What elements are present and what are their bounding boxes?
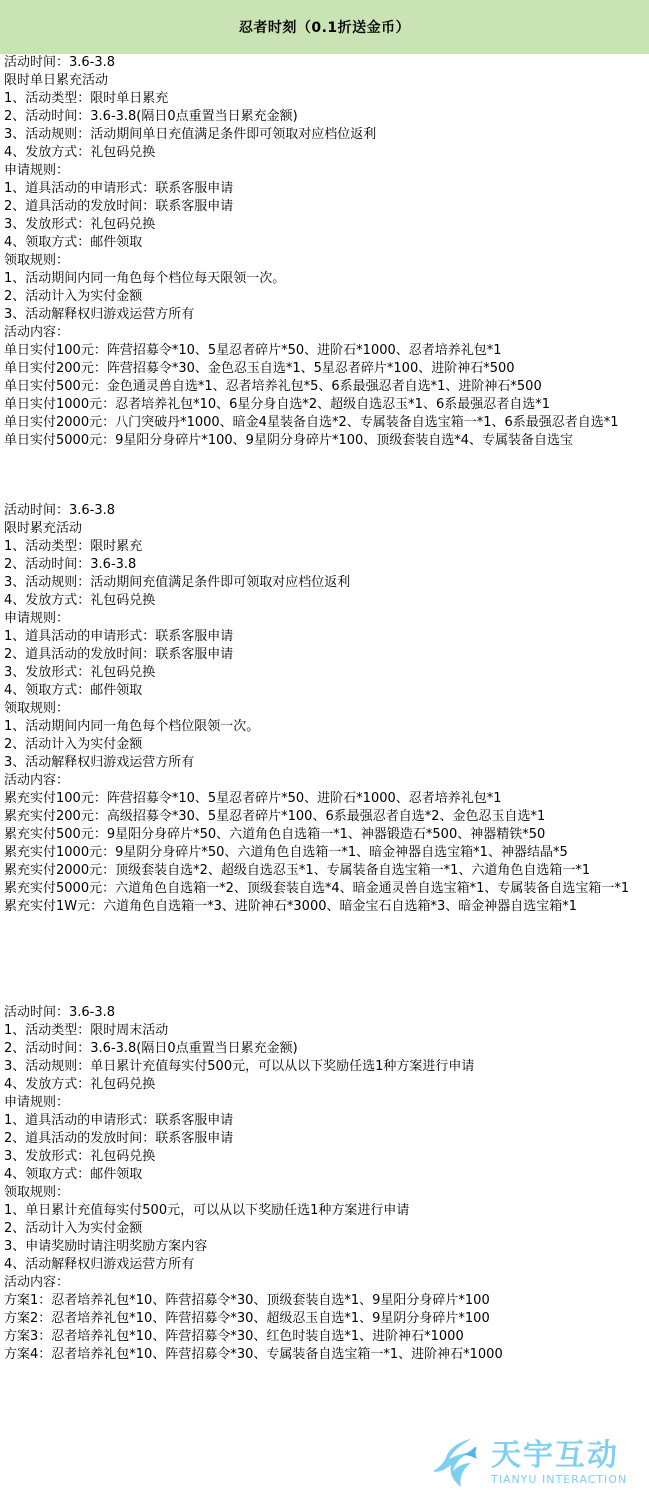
reward-tier: 累充实付5000元：六道角色自选箱一*2、顶级套装自选*4、暗金通灵兽自选宝箱*…	[4, 880, 645, 898]
activity-rule: 3、活动规则：活动期间单日充值满足条件即可领取对应档位返利	[4, 126, 645, 144]
activity-period: 2、活动时间：3.6-3.8(隔日0点重置当日累充金额)	[4, 1040, 645, 1058]
wing-logo-icon	[431, 1437, 489, 1489]
reward-tier: 累充实付2000元：顶级套装自选*2、超级自选忍玉*1、专属装备自选宝箱一*1、…	[4, 862, 645, 880]
section-spacer	[4, 450, 645, 502]
claim-rules-heading: 领取规则：	[4, 700, 645, 718]
reward-tier: 单日实付1000元：忍者培养礼包*10、6星分身自选*2、超级自选忍玉*1、6系…	[4, 396, 645, 414]
section-weekend-activity: 活动时间：3.6-3.8 1、活动类型：限时周末活动 2、活动时间：3.6-3.…	[4, 1004, 645, 1364]
activity-period: 2、活动时间：3.6-3.8	[4, 556, 645, 574]
brand-name-en: TIANYU INTERACTION	[491, 1473, 627, 1487]
section-spacer	[4, 916, 645, 1004]
claim-rule-item: 2、活动计入为实付金额	[4, 288, 645, 306]
reward-tier: 单日实付5000元：9星阳分身碎片*100、9星阴分身碎片*100、顶级套装自选…	[4, 432, 645, 450]
activity-time: 活动时间：3.6-3.8	[4, 1004, 645, 1022]
activity-type: 1、活动类型：限时单日累充	[4, 90, 645, 108]
activity-time: 活动时间：3.6-3.8	[4, 54, 645, 72]
apply-rule-item: 4、领取方式：邮件领取	[4, 234, 645, 252]
claim-rule-item: 3、申请奖励时请注明奖励方案内容	[4, 1238, 645, 1256]
activity-type: 1、活动类型：限时累充	[4, 538, 645, 556]
claim-rule-item: 3、活动解释权归游戏运营方所有	[4, 754, 645, 772]
apply-rules-heading: 申请规则：	[4, 610, 645, 628]
page-title: 忍者时刻（0.1折送金币）	[239, 17, 410, 37]
apply-rule-item: 3、发放形式：礼包码兑换	[4, 664, 645, 682]
apply-rules-heading: 申请规则：	[4, 162, 645, 180]
apply-rule-item: 3、发放形式：礼包码兑换	[4, 216, 645, 234]
activity-type: 1、活动类型：限时周末活动	[4, 1022, 645, 1040]
claim-rule-item: 1、活动期间内同一角色每个档位限领一次。	[4, 718, 645, 736]
apply-rule-item: 2、道具活动的发放时间：联系客服申请	[4, 1130, 645, 1148]
distribution-method: 4、发放方式：礼包码兑换	[4, 144, 645, 162]
document-body: 活动时间：3.6-3.8 限时单日累充活动 1、活动类型：限时单日累充 2、活动…	[0, 54, 649, 1364]
reward-tier: 累充实付1000元：9星阴分身碎片*50、六道角色自选箱一*1、暗金神器自选宝箱…	[4, 844, 645, 862]
content-heading: 活动内容：	[4, 324, 645, 342]
brand-name-cn: 天宇互动	[491, 1439, 627, 1473]
claim-rule-item: 2、活动计入为实付金额	[4, 736, 645, 754]
activity-rule: 3、活动规则：活动期间充值满足条件即可领取对应档位返利	[4, 574, 645, 592]
claim-rules-heading: 领取规则：	[4, 252, 645, 270]
apply-rule-item: 2、道具活动的发放时间：联系客服申请	[4, 646, 645, 664]
distribution-method: 4、发放方式：礼包码兑换	[4, 592, 645, 610]
apply-rule-item: 4、领取方式：邮件领取	[4, 682, 645, 700]
activity-time: 活动时间：3.6-3.8	[4, 502, 645, 520]
content-heading: 活动内容：	[4, 1274, 645, 1292]
claim-rule-item: 2、活动计入为实付金额	[4, 1220, 645, 1238]
page-header: 忍者时刻（0.1折送金币）	[0, 0, 649, 54]
content-heading: 活动内容：	[4, 772, 645, 790]
claim-rule-item: 3、活动解释权归游戏运营方所有	[4, 306, 645, 324]
activity-name: 限时累充活动	[4, 520, 645, 538]
reward-tier: 累充实付1W元：六道角色自选箱一*3、进阶神石*3000、暗金宝石自选箱*3、暗…	[4, 898, 645, 916]
claim-rule-item: 1、单日累计充值每实付500元，可以从以下奖励任选1种方案进行申请	[4, 1202, 645, 1220]
reward-plan: 方案1：忍者培养礼包*10、阵营招募令*30、顶级套装自选*1、9星阳分身碎片*…	[4, 1292, 645, 1310]
reward-tier: 单日实付2000元：八门突破丹*1000、暗金4星装备自选*2、专属装备自选宝箱…	[4, 414, 645, 432]
section-daily-recharge: 活动时间：3.6-3.8 限时单日累充活动 1、活动类型：限时单日累充 2、活动…	[4, 54, 645, 450]
apply-rule-item: 3、发放形式：礼包码兑换	[4, 1148, 645, 1166]
claim-rule-item: 4、活动解释权归游戏运营方所有	[4, 1256, 645, 1274]
apply-rule-item: 4、领取方式：邮件领取	[4, 1166, 645, 1184]
apply-rules-heading: 申请规则：	[4, 1094, 645, 1112]
activity-rule: 3、活动规则：单日累计充值每实付500元，可以从以下奖励任选1种方案进行申请	[4, 1058, 645, 1076]
apply-rule-item: 1、道具活动的申请形式：联系客服申请	[4, 1112, 645, 1130]
reward-tier: 单日实付500元：金色通灵兽自选*1、忍者培养礼包*5、6系最强忍者自选*1、进…	[4, 378, 645, 396]
section-cumulative-recharge: 活动时间：3.6-3.8 限时累充活动 1、活动类型：限时累充 2、活动时间：3…	[4, 502, 645, 916]
activity-period: 2、活动时间：3.6-3.8(隔日0点重置当日累充金额)	[4, 108, 645, 126]
reward-tier: 单日实付200元：阵营招募令*30、金色忍玉自选*1、5星忍者碎片*100、进阶…	[4, 360, 645, 378]
reward-plan: 方案2：忍者培养礼包*10、阵营招募令*30、超级忍玉自选*1、9星阴分身碎片*…	[4, 1310, 645, 1328]
reward-tier: 累充实付200元：高级招募令*30、5星忍者碎片*100、6系最强忍者自选*2、…	[4, 808, 645, 826]
apply-rule-item: 1、道具活动的申请形式：联系客服申请	[4, 628, 645, 646]
apply-rule-item: 1、道具活动的申请形式：联系客服申请	[4, 180, 645, 198]
reward-tier: 累充实付500元：9星阳分身碎片*50、六道角色自选箱一*1、神器锻造石*500…	[4, 826, 645, 844]
reward-plan: 方案3：忍者培养礼包*10、阵营招募令*30、红色时装自选*1、进阶神石*100…	[4, 1328, 645, 1346]
claim-rule-item: 1、活动期间内同一角色每个档位每天限领一次。	[4, 270, 645, 288]
activity-name: 限时单日累充活动	[4, 72, 645, 90]
claim-rules-heading: 领取规则：	[4, 1184, 645, 1202]
reward-tier: 单日实付100元：阵营招募令*10、5星忍者碎片*50、进阶石*1000、忍者培…	[4, 342, 645, 360]
reward-tier: 累充实付100元：阵营招募令*10、5星忍者碎片*50、进阶石*1000、忍者培…	[4, 790, 645, 808]
brand-logo: 天宇互动 TIANYU INTERACTION	[431, 1433, 641, 1493]
distribution-method: 4、发放方式：礼包码兑换	[4, 1076, 645, 1094]
reward-plan: 方案4：忍者培养礼包*10、阵营招募令*30、专属装备自选宝箱一*1、进阶神石*…	[4, 1346, 645, 1364]
apply-rule-item: 2、道具活动的发放时间：联系客服申请	[4, 198, 645, 216]
